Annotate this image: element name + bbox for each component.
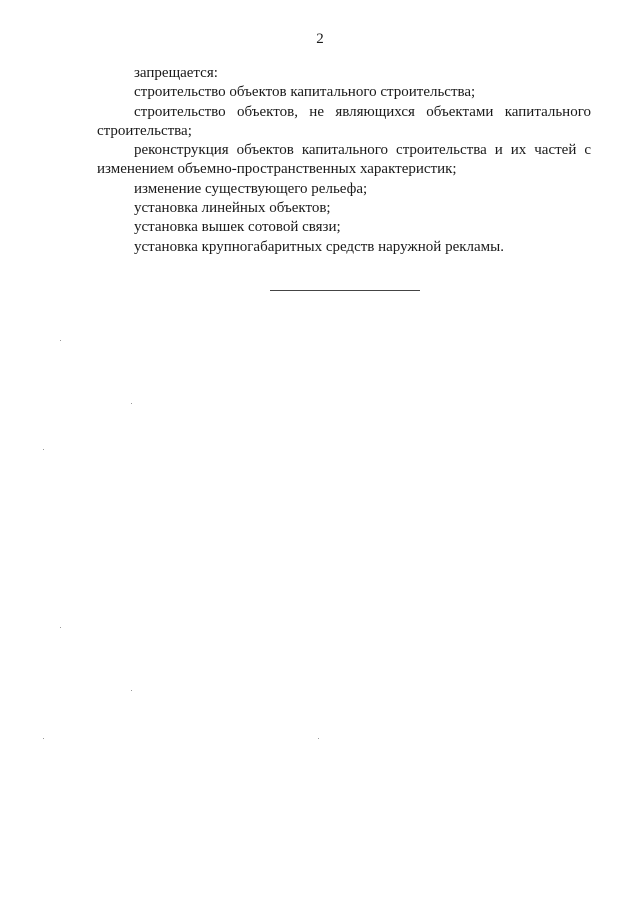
scan-speck	[43, 449, 44, 450]
paragraph-item: строительство объектов капитального стро…	[97, 83, 591, 102]
scan-speck	[131, 690, 132, 691]
scan-speck	[60, 340, 61, 341]
paragraph-item: реконструкция объектов капитального стро…	[97, 141, 591, 180]
document-body: запрещается: строительство объектов капи…	[97, 64, 591, 257]
scan-speck	[131, 403, 132, 404]
paragraph-item: изменение существующего рельефа;	[97, 180, 591, 199]
paragraph-item: установка вышек сотовой связи;	[97, 218, 591, 237]
paragraph-item: установка крупногабаритных средств наруж…	[97, 238, 591, 257]
scan-speck	[43, 738, 44, 739]
end-divider-line	[270, 290, 420, 291]
scan-speck	[318, 738, 319, 739]
paragraph-intro: запрещается:	[97, 64, 591, 83]
paragraph-item: установка линейных объектов;	[97, 199, 591, 218]
paragraph-item: строительство объектов, не являющихся об…	[97, 103, 591, 142]
scan-speck	[60, 627, 61, 628]
page-number: 2	[0, 31, 640, 48]
